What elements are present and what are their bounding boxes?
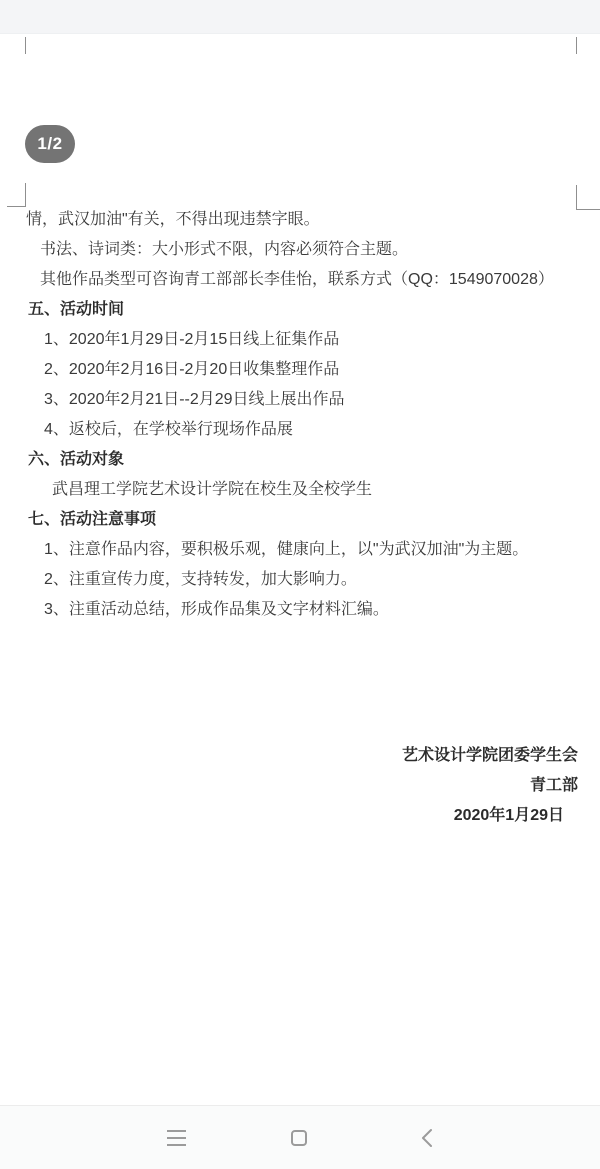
page-indicator-badge: 1/2 bbox=[25, 125, 75, 163]
document-viewer[interactable]: 1/2 情，武汉加油"有关，不得出现违禁字眼。 书法、诗词类：大小形式不限，内容… bbox=[0, 34, 600, 1105]
navigation-bar bbox=[0, 1105, 600, 1169]
list-item: 1、2020年1月29日-2月15日线上征集作品 bbox=[0, 325, 600, 355]
section-heading: 五、活动时间 bbox=[0, 295, 600, 325]
list-item: 1、注意作品内容，要积极乐观，健康向上，以"为武汉加油"为主题。 bbox=[0, 535, 600, 565]
list-item: 2、2020年2月16日-2月20日收集整理作品 bbox=[0, 355, 600, 385]
list-item: 4、返校后，在学校举行现场作品展 bbox=[0, 415, 600, 445]
section-heading: 六、活动对象 bbox=[0, 445, 600, 475]
signature-block: 艺术设计学院团委学生会 青工部 2020年1月29日 bbox=[0, 741, 600, 831]
doc-line: 其他作品类型可咨询青工部部长李佳怡，联系方式（QQ：1549070028） bbox=[0, 265, 600, 295]
list-item: 3、注重活动总结，形成作品集及文字材料汇编。 bbox=[0, 595, 600, 625]
home-icon-glyph bbox=[291, 1130, 307, 1146]
menu-icon-glyph bbox=[167, 1130, 186, 1146]
crop-corner-top-right-mark bbox=[576, 37, 577, 54]
signature-dept: 青工部 bbox=[0, 771, 600, 801]
doc-line: 书法、诗词类：大小形式不限，内容必须符合主题。 bbox=[0, 235, 600, 265]
doc-line: 武昌理工学院艺术设计学院在校生及全校学生 bbox=[0, 475, 600, 505]
section-heading: 七、活动注意事项 bbox=[0, 505, 600, 535]
list-item: 2、注重宣传力度，支持转发，加大影响力。 bbox=[0, 565, 600, 595]
signature-org: 艺术设计学院团委学生会 bbox=[0, 741, 600, 771]
crop-corner-top-left-mark bbox=[25, 37, 26, 54]
back-icon-glyph bbox=[419, 1127, 435, 1149]
document-page: 情，武汉加油"有关，不得出现违禁字眼。 书法、诗词类：大小形式不限，内容必须符合… bbox=[0, 205, 600, 625]
back-icon[interactable] bbox=[397, 1106, 457, 1169]
signature-date: 2020年1月29日 bbox=[0, 801, 600, 831]
status-bar bbox=[0, 0, 600, 34]
home-icon[interactable] bbox=[269, 1106, 329, 1169]
menu-icon[interactable] bbox=[146, 1106, 206, 1169]
list-item: 3、2020年2月21日--2月29日线上展出作品 bbox=[0, 385, 600, 415]
crop-corner-bottom-left-mark bbox=[7, 183, 26, 207]
doc-line: 情，武汉加油"有关，不得出现违禁字眼。 bbox=[0, 205, 600, 235]
